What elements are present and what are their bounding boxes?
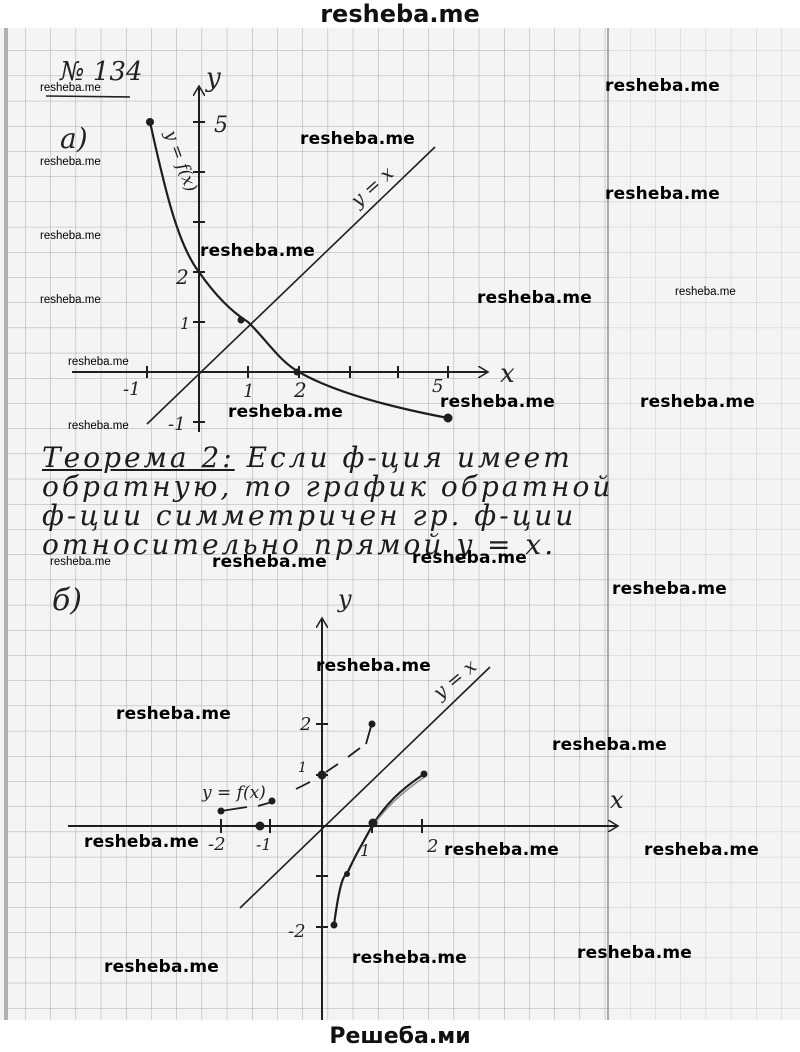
site-footer-title: Решеба.ми — [0, 1022, 800, 1052]
graph-a-y-tick--1: -1 — [168, 414, 186, 435]
watermark: resheba.me — [577, 943, 692, 963]
theorem-line-1: Теорема 2: Если ф-ция имеет — [42, 443, 782, 472]
theorem-text: Теорема 2: Если ф-ция имеет обратную, то… — [42, 443, 782, 559]
graph-a-y-axis-label: y — [205, 63, 221, 93]
watermark: resheba.me — [300, 129, 415, 149]
watermark: resheba.me — [40, 82, 101, 94]
watermark: resheba.me — [316, 656, 431, 676]
graph-b-y-axis-label: y — [337, 585, 352, 613]
watermark: resheba.me — [440, 392, 555, 412]
graph-a-x-tick-2: 2 — [293, 378, 307, 402]
watermark: resheba.me — [444, 840, 559, 860]
notebook-page: y x -1 1 2 5 5 2 1 -1 y = f(x) y = x а) … — [0, 28, 800, 1020]
graph-b-y-tick-2: 2 — [299, 714, 311, 735]
watermark: resheba.me — [605, 184, 720, 204]
watermark: resheba.me — [644, 840, 759, 860]
watermark: resheba.me — [212, 552, 327, 572]
graph-b-x-tick-2: 2 — [426, 836, 438, 857]
watermark: resheba.me — [477, 288, 592, 308]
watermark: resheba.me — [228, 402, 343, 422]
watermark: resheba.me — [50, 556, 111, 568]
graph-a-x-tick--1: -1 — [123, 379, 141, 400]
graph-b-y-tick-1: 1 — [298, 760, 307, 776]
graph-a-y-tick-5: 5 — [214, 113, 228, 138]
site-header-title: resheba.me — [0, 0, 800, 28]
watermark: resheba.me — [640, 392, 755, 412]
watermark: resheba.me — [612, 579, 727, 599]
watermark: resheba.me — [116, 704, 231, 724]
watermark: resheba.me — [68, 356, 129, 368]
watermark: resheba.me — [40, 156, 101, 168]
theorem-line-3: ф-ции симметричен гр. ф-ции — [42, 501, 782, 530]
watermark: resheba.me — [200, 241, 315, 261]
graph-b-function-label: y = f(x) — [201, 783, 266, 803]
graph-b-x-tick--2: -2 — [208, 834, 226, 855]
graph-b-x-tick--1: -1 — [256, 835, 272, 854]
watermark: resheba.me — [605, 76, 720, 96]
watermark: resheba.me — [412, 548, 527, 568]
watermark: resheba.me — [552, 735, 667, 755]
watermark: resheba.me — [104, 957, 219, 977]
graph-b-x-tick-1: 1 — [360, 841, 370, 860]
graph-b-x-axis-label: x — [610, 786, 624, 814]
graph-b-y-tick--2: -2 — [288, 921, 306, 942]
theorem-line-2: обратную, то график обратной — [42, 472, 782, 501]
graph-a-x-axis-label: x — [500, 359, 515, 389]
part-b-label: б) — [52, 583, 82, 618]
graph-a-x-tick-1: 1 — [243, 381, 254, 402]
watermark: resheba.me — [68, 420, 129, 432]
watermark: resheba.me — [40, 294, 101, 306]
watermark: resheba.me — [84, 832, 199, 852]
watermark: resheba.me — [40, 230, 101, 242]
part-a-label: а) — [60, 122, 88, 155]
watermark: resheba.me — [352, 948, 467, 968]
graph-a-y-tick-2: 2 — [175, 265, 189, 289]
watermark: resheba.me — [675, 286, 736, 298]
graph-a-y-tick-1: 1 — [180, 314, 190, 333]
